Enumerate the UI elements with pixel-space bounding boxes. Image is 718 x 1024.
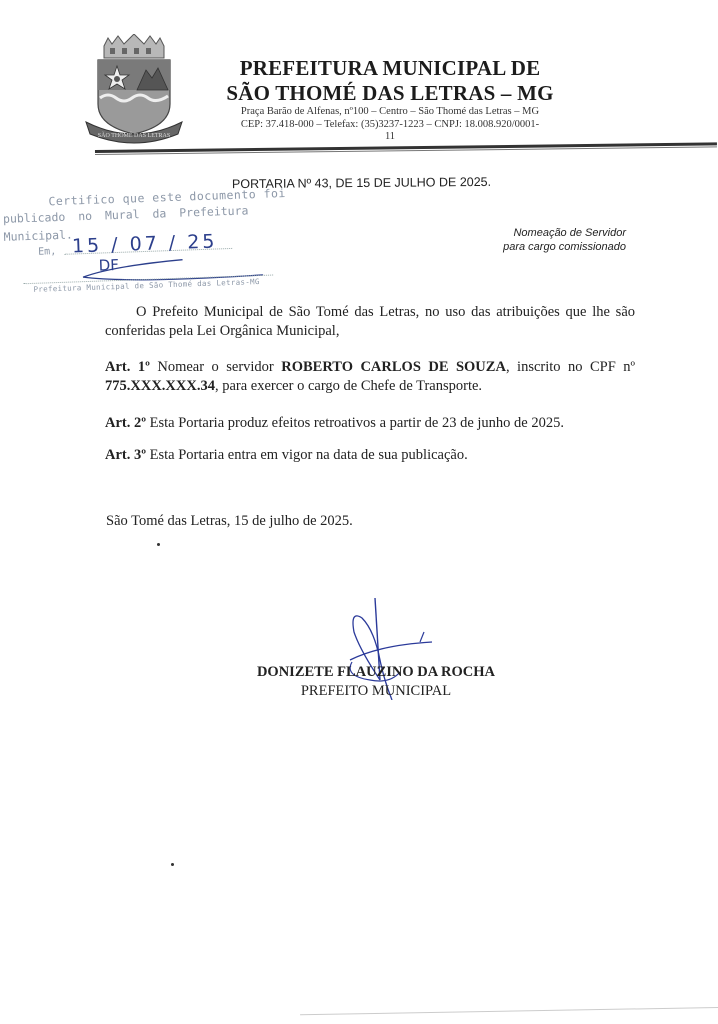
publication-stamp: Certifico que este documento foi publica… <box>0 180 304 302</box>
coat-of-arms-icon: SÃO THOMÉ DAS LETRAS <box>82 34 186 144</box>
scan-edge-line <box>300 1007 718 1015</box>
signatory-role: PREFEITO MUNICIPAL <box>254 683 498 700</box>
article-3-text: Esta Portaria entra em vigor na data de … <box>146 447 468 463</box>
article-1-text-a: Nomear o servidor <box>150 359 281 375</box>
article-3-label: Art. 3º <box>105 447 146 463</box>
letterhead-title-line1: PREFEITURA MUNICIPAL DE <box>210 56 570 81</box>
article-2-text: Esta Portaria produz efeitos retroativos… <box>146 415 564 431</box>
letterhead-address: Praça Barão de Alfenas, nº100 – Centro –… <box>210 106 570 144</box>
ementa: Nomeação de Servidor para cargo comissio… <box>440 226 626 254</box>
scan-speck <box>157 543 160 546</box>
stamp-date: 15 / 07 / 25 <box>72 230 218 257</box>
article-1-label: Art. 1º <box>105 359 150 375</box>
article-2-label: Art. 2º <box>105 415 146 431</box>
letterhead-title: PREFEITURA MUNICIPAL DE SÃO THOMÉ DAS LE… <box>210 56 570 106</box>
stamp-line1: Certifico que este documento foi <box>48 186 286 208</box>
stamp-em-label: Em, <box>38 246 56 258</box>
servant-cpf: 775.XXX.XXX.34 <box>105 378 215 394</box>
article-1: Art. 1º Nomear o servidor ROBERTO CARLOS… <box>105 358 635 396</box>
stamp-line2: publicado no Mural da Prefeitura <box>3 203 249 226</box>
svg-text:SÃO THOMÉ DAS LETRAS: SÃO THOMÉ DAS LETRAS <box>98 131 170 139</box>
article-2: Art. 2º Esta Portaria produz efeitos ret… <box>105 414 635 433</box>
ementa-line1: Nomeação de Servidor <box>440 226 626 240</box>
letterhead-title-line2: SÃO THOMÉ DAS LETRAS – MG <box>210 81 570 106</box>
stamp-line3: Municipal. <box>3 227 73 243</box>
place-and-date: São Tomé das Letras, 15 de julho de 2025… <box>106 512 353 531</box>
article-1-text-c: , para exercer o cargo de Chefe de Trans… <box>215 378 482 394</box>
article-3: Art. 3º Esta Portaria entra em vigor na … <box>105 446 635 465</box>
address-line3: 11 <box>210 131 570 144</box>
scan-speck <box>171 863 174 866</box>
signatory-name: DONIZETE FLAUZINO DA ROCHA <box>254 664 498 681</box>
address-line2: CEP: 37.418-000 – Telefax: (35)3237-1223… <box>210 119 570 132</box>
header-divider <box>95 142 717 156</box>
preamble: O Prefeito Municipal de São Tomé das Let… <box>105 303 635 341</box>
address-line1: Praça Barão de Alfenas, nº100 – Centro –… <box>210 106 570 119</box>
servant-name: ROBERTO CARLOS DE SOUZA <box>281 359 506 375</box>
article-1-text-b: , inscrito no CPF nº <box>506 359 635 375</box>
ementa-line2: para cargo comissionado <box>440 240 626 254</box>
